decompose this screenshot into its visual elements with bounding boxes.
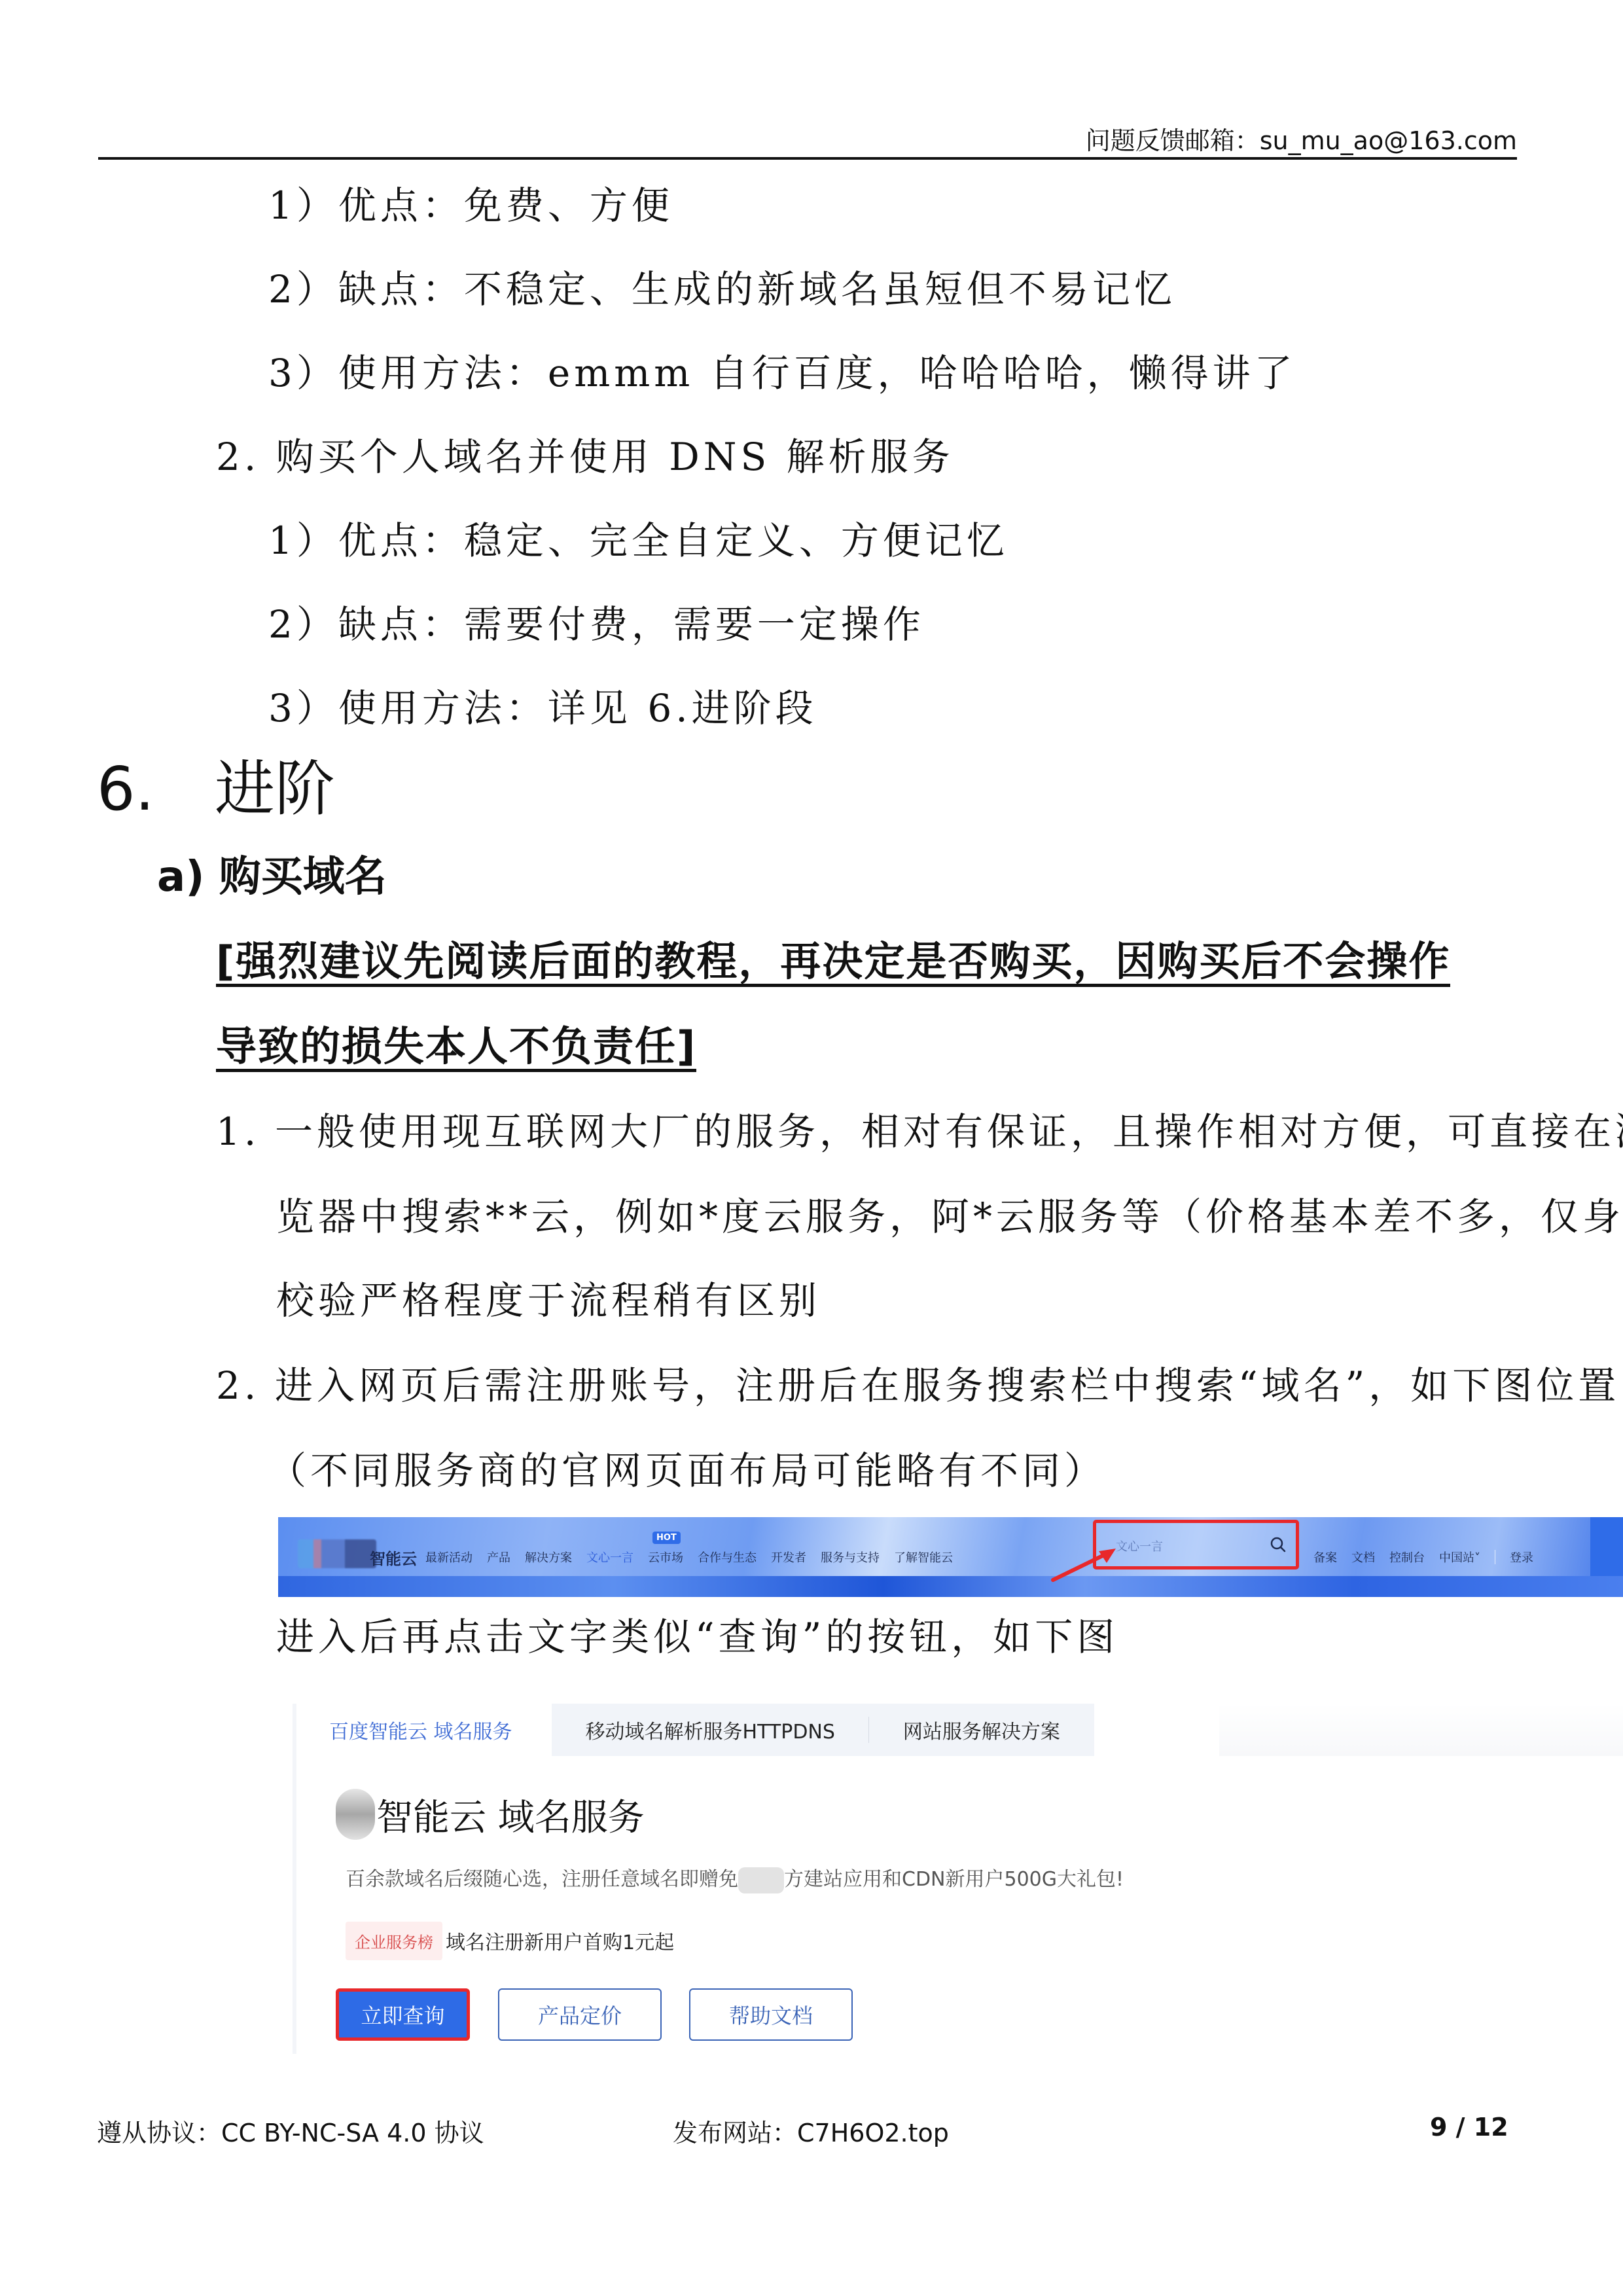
footer-site: 发布网站：C7H6O2.top — [673, 2113, 949, 2149]
step-text: 进入网页后需注册账号，注册后在服务搜索栏中搜索“域名”，如下图位置 — [275, 1363, 1620, 1408]
option1-cons: 2）缺点：不稳定、生成的新域名虽短但不易记忆 — [268, 270, 1176, 308]
nav-item[interactable]: 了解智能云 — [894, 1549, 953, 1566]
option2-title: 2. 购买个人域名并使用 DNS 解析服务 — [216, 438, 954, 476]
step-number: 1. — [216, 1113, 275, 1151]
subsection-title: 购买域名 — [219, 853, 387, 901]
step-2-cont: （不同服务商的官网页面布局可能略有不同） — [268, 1452, 1106, 1490]
pricing-button[interactable]: 产品定价 — [498, 1988, 662, 2041]
service-tabs: 百度智能云 域名服务 移动域名解析服务HTTPDNS 网站服务解决方案 — [296, 1704, 1094, 1756]
step-1: 1.一般使用现互联网大厂的服务，相对有保证，且操作相对方便，可直接在浏 — [216, 1113, 1623, 1151]
nav-item-docs[interactable]: 文档 — [1351, 1549, 1375, 1566]
feedback-email: 问题反馈邮箱：su_mu_ao@163.com — [1086, 120, 1517, 156]
section-heading: 6.进阶 — [97, 759, 335, 819]
instruction-text: 进入后再点击文字类似“查询”的按钮，如下图 — [276, 1618, 1118, 1656]
subsection-heading: a) 购买域名 — [157, 856, 387, 898]
hot-badge: HOT — [652, 1532, 681, 1544]
service-description: 百余款域名后缀随心选，注册任意域名即赠免方建站应用和CDN新用户500G大礼包! — [346, 1863, 1124, 1893]
service-title: 智能云 域名服务 — [376, 1789, 645, 1841]
page-header: 问题反馈邮箱：su_mu_ao@163.com — [98, 118, 1517, 160]
nav-item[interactable]: 合作与生态 — [698, 1549, 757, 1566]
query-now-button[interactable]: 立即查询 — [336, 1988, 470, 2041]
option2-usage: 3）使用方法：详见 6.进阶段 — [268, 689, 817, 727]
step-2: 2.进入网页后需注册账号，注册后在服务搜索栏中搜索“域名”，如下图位置 — [216, 1367, 1620, 1405]
option1-usage: 3）使用方法：emmm 自行百度，哈哈哈哈，懒得讲了 — [268, 354, 1296, 392]
blurred-text — [738, 1867, 784, 1893]
nav-item-beian[interactable]: 备案 — [1313, 1549, 1337, 1566]
step-text: 一般使用现互联网大厂的服务，相对有保证，且操作相对方便，可直接在浏 — [275, 1109, 1623, 1154]
site-logo[interactable]: 智能云 — [370, 1546, 417, 1569]
nav-item[interactable]: 服务与支持 — [821, 1549, 880, 1566]
help-docs-button[interactable]: 帮助文档 — [689, 1988, 853, 2041]
nav-item[interactable]: 解决方案 — [525, 1549, 572, 1566]
step-1-cont: 览器中搜索**云，例如*度云服务，阿*云服务等（价格基本差不多，仅身份 — [276, 1198, 1623, 1236]
top-nav: 最新活动 产品 解决方案 文心一言 云市场 合作与生态 开发者 服务与支持 了解… — [425, 1549, 953, 1566]
search-placeholder: 文心一言 — [1116, 1537, 1163, 1554]
promo-text: 域名注册新用户首购1元起 — [446, 1926, 674, 1955]
desc-text: 百余款域名后缀随心选，注册任意域名即赠免 — [346, 1868, 738, 1891]
right-nav: 备案 文档 控制台 中国站˅ 登录 — [1313, 1549, 1533, 1566]
screenshot-navbar: 智能云 HOT 最新活动 产品 解决方案 文心一言 云市场 合作与生态 开发者 … — [278, 1517, 1623, 1597]
red-arrow-icon — [1050, 1543, 1122, 1583]
tab-website-solution[interactable]: 网站服务解决方案 — [869, 1704, 1094, 1756]
screenshot-domain-service: 百度智能云 域名服务 移动域名解析服务HTTPDNS 网站服务解决方案 智能云 … — [293, 1704, 1623, 2054]
nav-item[interactable]: 最新活动 — [425, 1549, 473, 1566]
tab-domain-service[interactable]: 百度智能云 域名服务 — [296, 1704, 552, 1756]
search-box-highlighted[interactable]: 文心一言 — [1093, 1520, 1299, 1570]
section-number: 6. — [97, 759, 215, 819]
nav-item[interactable]: 产品 — [487, 1549, 510, 1566]
page-number: 9 / 12 — [1430, 2113, 1508, 2142]
option2-cons: 2）缺点：需要付费，需要一定操作 — [268, 605, 925, 643]
option1-pros: 1）优点：免费、方便 — [268, 187, 673, 224]
tab-httpdns[interactable]: 移动域名解析服务HTTPDNS — [552, 1704, 869, 1756]
warning-line-1: [强烈建议先阅读后面的教程，再决定是否购买，因购买后不会操作 — [216, 939, 1450, 987]
banner-edge — [1590, 1517, 1623, 1576]
desc-text: 方建站应用和CDN新用户500G大礼包! — [784, 1868, 1124, 1891]
step-number: 2. — [216, 1367, 275, 1405]
region-selector[interactable]: 中国站˅ — [1439, 1549, 1480, 1566]
enterprise-badge: 企业服务榜 — [346, 1922, 442, 1960]
step-1-cont-2: 校验严格程度于流程稍有区别 — [276, 1282, 821, 1319]
nav-item-console[interactable]: 控制台 — [1389, 1549, 1425, 1566]
nav-item[interactable]: 云市场 — [648, 1549, 683, 1566]
tab-bar-fill — [1219, 1704, 1623, 1756]
nav-item[interactable]: 开发者 — [771, 1549, 806, 1566]
warning-line-2: 导致的损失本人不负责任] — [216, 1024, 696, 1072]
footer-license: 遵从协议：CC BY-NC-SA 4.0 协议 — [97, 2113, 484, 2149]
section-title: 进阶 — [215, 754, 335, 824]
login-link[interactable]: 登录 — [1510, 1549, 1533, 1566]
blurred-logo-icon — [298, 1539, 376, 1568]
nav-item-active[interactable]: 文心一言 — [586, 1549, 633, 1566]
subsection-label: a) — [157, 853, 204, 901]
banner-strip — [278, 1576, 1623, 1597]
option2-pros: 1）优点：稳定、完全自定义、方便记忆 — [268, 522, 1008, 560]
divider — [1495, 1550, 1495, 1564]
blurred-brand-icon — [336, 1789, 375, 1840]
search-icon[interactable] — [1270, 1536, 1287, 1553]
